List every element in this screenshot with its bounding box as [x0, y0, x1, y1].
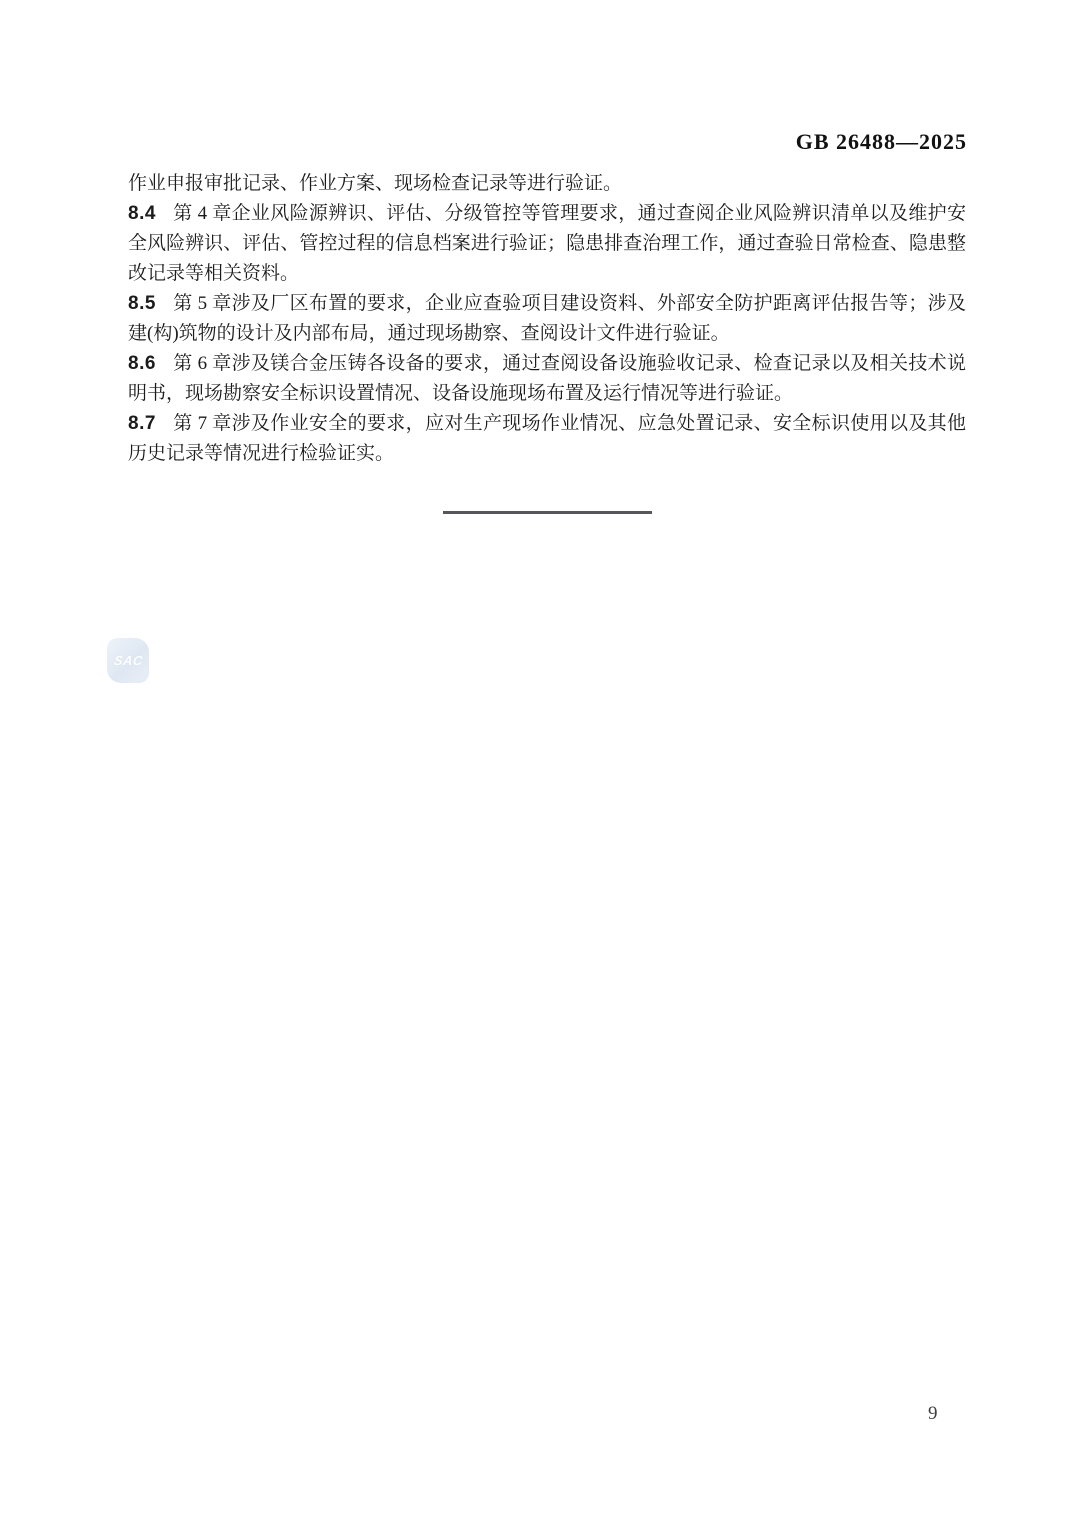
clause-8-5: 8.5第 5 章涉及厂区布置的要求，企业应查验项目建设资料、外部安全防护距离评估…	[128, 289, 966, 349]
document-body: 作业申报审批记录、作业方案、现场检查记录等进行验证。 8.4第 4 章企业风险源…	[128, 169, 966, 469]
page-number: 9	[928, 1403, 938, 1425]
sac-logo-text: SAC	[112, 653, 143, 668]
clause-8-5-number: 8.5	[128, 293, 156, 314]
standard-number-header: GB 26488—2025	[796, 129, 967, 155]
clause-8-5-text: 第 5 章涉及厂区布置的要求，企业应查验项目建设资料、外部安全防护距离评估报告等…	[128, 293, 966, 344]
clause-8-7-number: 8.7	[128, 413, 156, 434]
clause-8-7: 8.7第 7 章涉及作业安全的要求，应对生产现场作业情况、应急处置记录、安全标识…	[128, 409, 966, 469]
clause-8-4-text: 第 4 章企业风险源辨识、评估、分级管控等管理要求，通过查阅企业风险辨识清单以及…	[128, 203, 966, 284]
document-page: GB 26488—2025 作业申报审批记录、作业方案、现场检查记录等进行验证。…	[0, 0, 1080, 1528]
clause-8-6-text: 第 6 章涉及镁合金压铸各设备的要求，通过查阅设备设施验收记录、检查记录以及相关…	[128, 353, 966, 404]
clause-8-4: 8.4第 4 章企业风险源辨识、评估、分级管控等管理要求，通过查阅企业风险辨识清…	[128, 199, 966, 289]
clause-8-6-number: 8.6	[128, 353, 156, 374]
clause-8-4-number: 8.4	[128, 203, 156, 224]
clause-8-6: 8.6第 6 章涉及镁合金压铸各设备的要求，通过查阅设备设施验收记录、检查记录以…	[128, 349, 966, 409]
clause-8-7-text: 第 7 章涉及作业安全的要求，应对生产现场作业情况、应急处置记录、安全标识使用以…	[128, 413, 966, 464]
paragraph-continuation: 作业申报审批记录、作业方案、现场检查记录等进行验证。	[128, 169, 966, 199]
end-of-text-divider	[443, 511, 652, 514]
sac-watermark-logo: SAC	[107, 638, 149, 683]
